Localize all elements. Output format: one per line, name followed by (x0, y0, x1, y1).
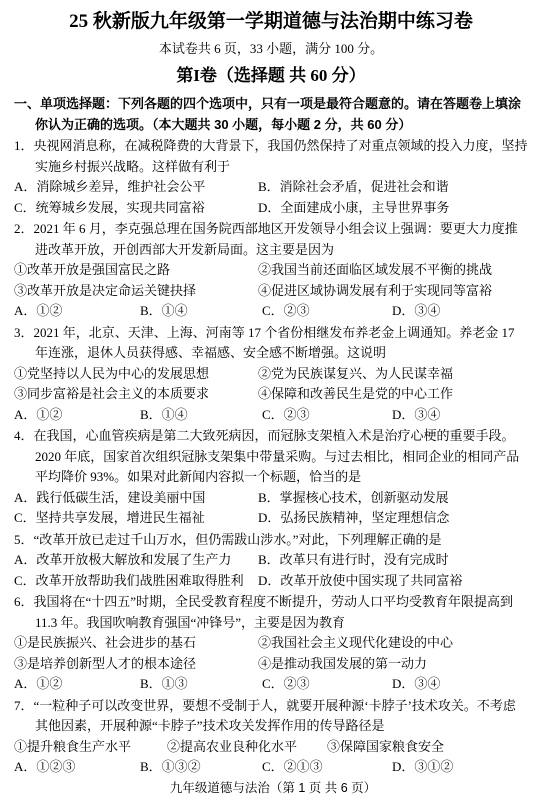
question-5-option-d: D．改革开放使中国实现了共同富裕 (258, 571, 528, 592)
question-5-options-row-2: C．改革开放帮助我们战胜困难取得胜利 D．改革开放使中国实现了共同富裕 (14, 571, 528, 592)
question-6-answer-c: C．②③ (262, 674, 392, 695)
question-2-answer-d: D．③④ (392, 301, 528, 322)
question-2-item-1: ①改革开放是强国富民之路 (14, 260, 258, 281)
question-3-item-2: ②党为民族谋复兴、为人民谋幸福 (258, 364, 528, 385)
question-6-answers-row: A．①② B．①③ C．②③ D．③④ (14, 674, 528, 695)
question-2-item-2: ②我国当前还面临区域发展不平衡的挑战 (258, 260, 528, 281)
question-3-item-4: ④保障和改善民生是党的中心工作 (258, 384, 528, 405)
question-2-items-row-2: ③改革开放是决定命运关键抉择 ④促进区域协调发展有利于实现同等富裕 (14, 281, 528, 302)
question-4: 4．在我国，心血管疾病是第二大致死病因，而冠脉支架植入术是治疗心梗的重要手段。2… (14, 426, 528, 529)
paper-title: 25 秋新版九年级第一学期道德与法治期中练习卷 (14, 8, 528, 36)
question-7: 7．“一粒种子可以改变世界，要想不受制于人，就要开展种源‘卡脖子’技术攻关。不考… (14, 696, 528, 778)
question-4-option-b: B．掌握核心技术，创新驱动发展 (258, 488, 528, 509)
question-4-options-row-2: C．坚持共享发展，增进民生福祉 D．弘扬民族精神，坚定理想信念 (14, 508, 528, 529)
question-7-item-3: ③保障国家粮食安全 (327, 737, 528, 758)
question-7-stem: 7．“一粒种子可以改变世界，要想不受制于人，就要开展种源‘卡脖子’技术攻关。不考… (14, 696, 528, 737)
question-7-items-row: ①提升粮食生产水平 ②提高农业良种化水平 ③保障国家粮食安全 (14, 737, 528, 758)
question-5-option-a: A．改革开放极大解放和发展了生产力 (14, 550, 258, 571)
question-3-item-1: ①党坚持以人民为中心的发展思想 (14, 364, 258, 385)
section-instruction: 一、单项选择题：下列各题的四个选项中，只有一项是最符合题意的。请在答题卷上填涂你… (14, 94, 528, 135)
question-4-option-c: C．坚持共享发展，增进民生福祉 (14, 508, 258, 529)
question-7-answer-c: C．②①③ (262, 757, 392, 778)
question-4-stem: 4．在我国，心血管疾病是第二大致死病因，而冠脉支架植入术是治疗心梗的重要手段。2… (14, 426, 528, 488)
question-3-stem: 3．2021 年，北京、天津、上海、河南等 17 个省份相继发布养老金上调通知。… (14, 323, 528, 364)
page-content: 25 秋新版九年级第一学期道德与法治期中练习卷 本试卷共 6 页，33 小题，满… (0, 0, 546, 778)
paper-meta: 本试卷共 6 页，33 小题，满分 100 分。 (14, 38, 528, 60)
question-3-item-3: ③同步富裕是社会主义的本质要求 (14, 384, 258, 405)
question-7-answer-a: A．①②③ (14, 757, 140, 778)
question-2-item-3: ③改革开放是决定命运关键抉择 (14, 281, 258, 302)
question-2: 2．2021 年 6 月，李克强总理在国务院西部地区开发领导小组会议上强调：要更… (14, 219, 528, 322)
question-2-answer-b: B．①④ (140, 301, 262, 322)
question-7-answer-b: B．①③② (140, 757, 262, 778)
question-1-stem: 1．央视网消息称，在减税降费的大背景下，我国仍然保持了对重点领域的投入力度，坚持… (14, 136, 528, 177)
question-6-answer-a: A．①② (14, 674, 140, 695)
question-1-options-row-1: A．消除城乡差异，维护社会公平 B．消除社会矛盾，促进社会和谐 (14, 177, 528, 198)
question-1-option-c: C．统筹城乡发展，实现共同富裕 (14, 198, 258, 219)
question-6-answer-d: D．③④ (392, 674, 528, 695)
question-7-item-1: ①提升粮食生产水平 (14, 737, 167, 758)
section-heading: 第I卷（选择题 共 60 分） (14, 61, 528, 91)
page-footer: 九年级道德与法治（第 1 页 共 6 页） (0, 778, 546, 799)
question-4-option-a: A．践行低碳生活，建设美丽中国 (14, 488, 258, 509)
question-1: 1．央视网消息称，在减税降费的大背景下，我国仍然保持了对重点领域的投入力度，坚持… (14, 136, 528, 218)
question-5: 5．“改革开放已走过千山万水，但仍需跋山涉水。”对此，下列理解正确的是 A．改革… (14, 530, 528, 592)
question-2-answer-a: A．①② (14, 301, 140, 322)
question-4-options-row-1: A．践行低碳生活，建设美丽中国 B．掌握核心技术，创新驱动发展 (14, 488, 528, 509)
question-1-option-a: A．消除城乡差异，维护社会公平 (14, 177, 258, 198)
question-2-items-row-1: ①改革开放是强国富民之路 ②我国当前还面临区域发展不平衡的挑战 (14, 260, 528, 281)
question-3-answer-a: A．①② (14, 405, 140, 426)
question-7-answers-row: A．①②③ B．①③② C．②①③ D．③①② (14, 757, 528, 778)
question-7-item-2: ②提高农业良种化水平 (167, 737, 327, 758)
question-3-answer-c: C．②③ (262, 405, 392, 426)
question-5-options-row-1: A．改革开放极大解放和发展了生产力 B．改革只有进行时，没有完成时 (14, 550, 528, 571)
question-3-items-row-1: ①党坚持以人民为中心的发展思想 ②党为民族谋复兴、为人民谋幸福 (14, 364, 528, 385)
question-6-answer-b: B．①③ (140, 674, 262, 695)
question-2-answer-c: C．②③ (262, 301, 392, 322)
question-5-stem: 5．“改革开放已走过千山万水，但仍需跋山涉水。”对此，下列理解正确的是 (14, 530, 528, 551)
question-6-items-row-2: ③是培养创新型人才的根本途径 ④是推动我国发展的第一动力 (14, 654, 528, 675)
question-2-item-4: ④促进区域协调发展有利于实现同等富裕 (258, 281, 528, 302)
question-5-option-c: C．改革开放帮助我们战胜困难取得胜利 (14, 571, 258, 592)
question-6-stem: 6．我国将在“十四五”时期，全民受教育程度不断提升，劳动人口平均受教育年限提高到… (14, 592, 528, 633)
question-1-option-b: B．消除社会矛盾，促进社会和谐 (258, 177, 528, 198)
exam-paper-page: 25 秋新版九年级第一学期道德与法治期中练习卷 本试卷共 6 页，33 小题，满… (0, 0, 546, 806)
question-2-answers-row: A．①② B．①④ C．②③ D．③④ (14, 301, 528, 322)
question-3: 3．2021 年，北京、天津、上海、河南等 17 个省份相继发布养老金上调通知。… (14, 323, 528, 426)
question-5-option-b: B．改革只有进行时，没有完成时 (258, 550, 528, 571)
question-6-item-4: ④是推动我国发展的第一动力 (258, 654, 528, 675)
question-3-answers-row: A．①② B．①④ C．②③ D．③④ (14, 405, 528, 426)
question-3-items-row-2: ③同步富裕是社会主义的本质要求 ④保障和改善民生是党的中心工作 (14, 384, 528, 405)
question-6-item-1: ①是民族振兴、社会进步的基石 (14, 633, 258, 654)
question-1-options-row-2: C．统筹城乡发展，实现共同富裕 D．全面建成小康，主导世界事务 (14, 198, 528, 219)
question-4-option-d: D．弘扬民族精神，坚定理想信念 (258, 508, 528, 529)
question-6-items-row-1: ①是民族振兴、社会进步的基石 ②我国社会主义现代化建设的中心 (14, 633, 528, 654)
question-6-item-2: ②我国社会主义现代化建设的中心 (258, 633, 528, 654)
question-6: 6．我国将在“十四五”时期，全民受教育程度不断提升，劳动人口平均受教育年限提高到… (14, 592, 528, 695)
question-7-answer-d: D．③①② (392, 757, 528, 778)
question-2-stem: 2．2021 年 6 月，李克强总理在国务院西部地区开发领导小组会议上强调：要更… (14, 219, 528, 260)
question-3-answer-d: D．③④ (392, 405, 528, 426)
question-3-answer-b: B．①④ (140, 405, 262, 426)
question-6-item-3: ③是培养创新型人才的根本途径 (14, 654, 258, 675)
question-1-option-d: D．全面建成小康，主导世界事务 (258, 198, 528, 219)
